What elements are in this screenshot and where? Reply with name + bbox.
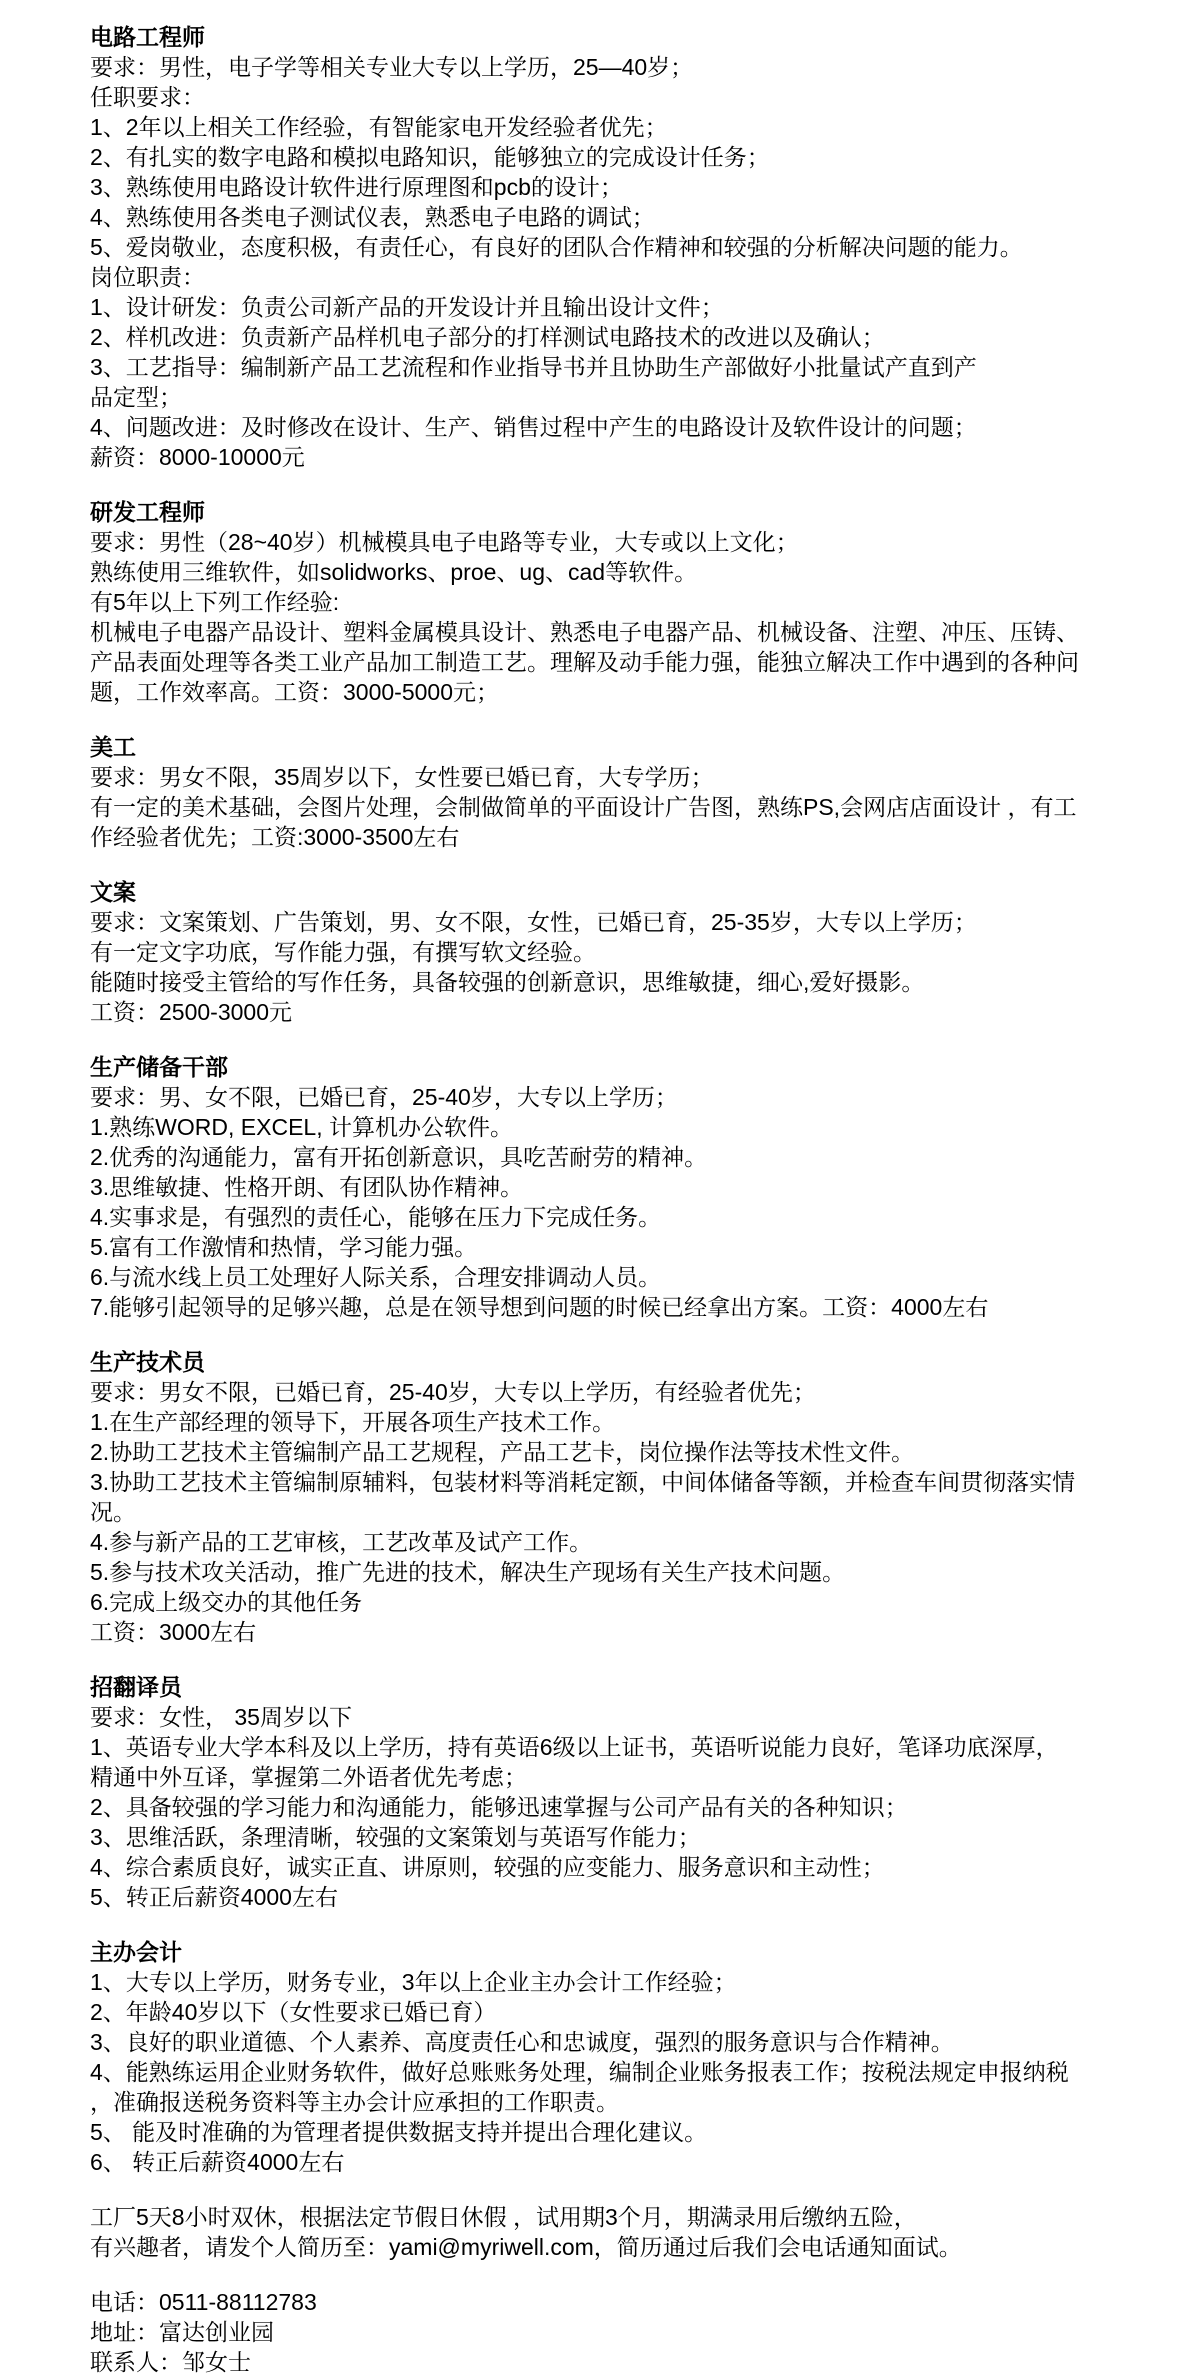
text-line: 工厂5天8小时双休，根据法定节假日休假 ，试用期3个月，期满录用后缴纳五险， bbox=[90, 2202, 1170, 2232]
job-listing-document: 电路工程师要求：男性，电子学等相关专业大专以上学历，25—40岁；任职要求：1、… bbox=[0, 0, 1200, 2377]
text-line: 4.参与新产品的工艺审核，工艺改革及试产工作。 bbox=[90, 1527, 1170, 1557]
text-line: 1、设计研发：负责公司新产品的开发设计并且输出设计文件； bbox=[90, 292, 1170, 322]
job-title-production-technician: 生产技术员 bbox=[90, 1347, 1170, 1377]
text-line: 熟练使用三维软件，如solidworks、proe、ug、cad等软件。 bbox=[90, 557, 1170, 587]
text-line: 3、良好的职业道德、个人素养、高度责任心和忠诚度，强烈的服务意识与合作精神。 bbox=[90, 2027, 1170, 2057]
text-line: 品定型； bbox=[90, 382, 1170, 412]
text-line: 要求：文案策划、广告策划，男、女不限，女性，已婚已育，25-35岁，大专以上学历… bbox=[90, 907, 1170, 937]
text-line: 2、样机改进：负责新产品样机电子部分的打样测试电路技术的改进以及确认； bbox=[90, 322, 1170, 352]
section-translator: 招翻译员要求：女性， 35周岁以下1、英语专业大学本科及以上学历，持有英语6级以… bbox=[90, 1672, 1170, 1912]
text-line: 3.协助工艺技术主管编制原辅料，包装材料等消耗定额，中间体储备等额，并检查车间贯… bbox=[90, 1467, 1170, 1497]
text-line: 要求：男性，电子学等相关专业大专以上学历，25—40岁； bbox=[90, 52, 1170, 82]
text-line: 3、思维活跃，条理清晰，较强的文案策划与英语写作能力； bbox=[90, 1822, 1170, 1852]
text-line: 2、具备较强的学习能力和沟通能力，能够迅速掌握与公司产品有关的各种知识； bbox=[90, 1792, 1170, 1822]
text-line: 能随时接受主管给的写作任务，具备较强的创新意识，思维敏捷，细心,爱好摄影。 bbox=[90, 967, 1170, 997]
text-line: 3.思维敏捷、性格开朗、有团队协作精神。 bbox=[90, 1172, 1170, 1202]
text-line: 作经验者优先；工资:3000-3500左右 bbox=[90, 822, 1170, 852]
text-line: 3、工艺指导：编制新产品工艺流程和作业指导书并且协助生产部做好小批量试产直到产 bbox=[90, 352, 1170, 382]
text-line: 工资：2500-3000元 bbox=[90, 997, 1170, 1027]
text-line: 1、大专以上学历，财务专业，3年以上企业主办会计工作经验； bbox=[90, 1967, 1170, 1997]
text-line: 4、能熟练运用企业财务软件，做好总账账务处理，编制企业账务报表工作；按税法规定申… bbox=[90, 2057, 1170, 2087]
text-line: 1.熟练WORD, EXCEL, 计算机办公软件。 bbox=[90, 1112, 1170, 1142]
section-circuit-engineer: 电路工程师要求：男性，电子学等相关专业大专以上学历，25—40岁；任职要求：1、… bbox=[90, 22, 1170, 472]
text-line: 5、 能及时准确的为管理者提供数据支持并提出合理化建议。 bbox=[90, 2117, 1170, 2147]
text-line: 精通中外互译，掌握第二外语者优先考虑； bbox=[90, 1762, 1170, 1792]
text-line: 有一定文字功底，写作能力强，有撰写软文经验。 bbox=[90, 937, 1170, 967]
text-line: 4.实事求是，有强烈的责任心，能够在压力下完成任务。 bbox=[90, 1202, 1170, 1232]
section-contact-info: 电话：0511-88112783地址：富达创业园联系人：邹女士 bbox=[90, 2287, 1170, 2377]
text-line: 7.能够引起领导的足够兴趣，总是在领导想到问题的时候已经拿出方案。工资：4000… bbox=[90, 1292, 1170, 1322]
job-title-copywriter: 文案 bbox=[90, 877, 1170, 907]
text-line: 工资：3000左右 bbox=[90, 1617, 1170, 1647]
text-line: 岗位职责： bbox=[90, 262, 1170, 292]
text-line: 2.优秀的沟通能力，富有开拓创新意识，具吃苦耐劳的精神。 bbox=[90, 1142, 1170, 1172]
text-line: ，准确报送税务资料等主办会计应承担的工作职责。 bbox=[90, 2087, 1170, 2117]
text-line: 薪资：8000-10000元 bbox=[90, 442, 1170, 472]
text-line: 题，工作效率高。工资：3000-5000元； bbox=[90, 677, 1170, 707]
text-line: 要求：男、女不限，已婚已育，25-40岁，大专以上学历； bbox=[90, 1082, 1170, 1112]
text-line: 1、2年以上相关工作经验，有智能家电开发经验者优先； bbox=[90, 112, 1170, 142]
text-line: 有5年以上下列工作经验: bbox=[90, 587, 1170, 617]
text-line: 要求：女性， 35周岁以下 bbox=[90, 1702, 1170, 1732]
text-line: 要求：男性（28~40岁）机械模具电子电路等专业，大专或以上文化； bbox=[90, 527, 1170, 557]
job-title-chief-accountant: 主办会计 bbox=[90, 1937, 1170, 1967]
text-line: 5.富有工作激情和热情，学习能力强。 bbox=[90, 1232, 1170, 1262]
text-line: 要求：男女不限，已婚已育，25-40岁，大专以上学历，有经验者优先； bbox=[90, 1377, 1170, 1407]
text-line: 要求：男女不限，35周岁以下，女性要已婚已育，大专学历； bbox=[90, 762, 1170, 792]
text-line: 2.协助工艺技术主管编制产品工艺规程，产品工艺卡，岗位操作法等技术性文件。 bbox=[90, 1437, 1170, 1467]
text-line: 4、综合素质良好，诚实正直、讲原则，较强的应变能力、服务意识和主动性； bbox=[90, 1852, 1170, 1882]
text-line: 2、有扎实的数字电路和模拟电路知识，能够独立的完成设计任务； bbox=[90, 142, 1170, 172]
job-title-graphic-designer: 美工 bbox=[90, 732, 1170, 762]
text-line: 2、年龄40岁以下（女性要求已婚已育） bbox=[90, 1997, 1170, 2027]
section-production-technician: 生产技术员要求：男女不限，已婚已育，25-40岁，大专以上学历，有经验者优先；1… bbox=[90, 1347, 1170, 1647]
section-graphic-designer: 美工要求：男女不限，35周岁以下，女性要已婚已育，大专学历；有一定的美术基础，会… bbox=[90, 732, 1170, 852]
text-line: 3、熟练使用电路设计软件进行原理图和pcb的设计； bbox=[90, 172, 1170, 202]
text-line: 6.完成上级交办的其他任务 bbox=[90, 1587, 1170, 1617]
text-line: 5、转正后薪资4000左右 bbox=[90, 1882, 1170, 1912]
text-line: 5.参与技术攻关活动，推广先进的技术，解决生产现场有关生产技术问题。 bbox=[90, 1557, 1170, 1587]
section-production-reserve-cadre: 生产储备干部要求：男、女不限，已婚已育，25-40岁，大专以上学历；1.熟练WO… bbox=[90, 1052, 1170, 1322]
text-line: 6、 转正后薪资4000左右 bbox=[90, 2147, 1170, 2177]
section-chief-accountant: 主办会计1、大专以上学历，财务专业，3年以上企业主办会计工作经验；2、年龄40岁… bbox=[90, 1937, 1170, 2177]
text-line: 1、英语专业大学本科及以上学历，持有英语6级以上证书，英语听说能力良好，笔译功底… bbox=[90, 1732, 1170, 1762]
section-rd-engineer: 研发工程师要求：男性（28~40岁）机械模具电子电路等专业，大专或以上文化；熟练… bbox=[90, 497, 1170, 707]
job-title-rd-engineer: 研发工程师 bbox=[90, 497, 1170, 527]
text-line: 有一定的美术基础，会图片处理，会制做简单的平面设计广告图，熟练PS,会网店店面设… bbox=[90, 792, 1170, 822]
text-line: 1.在生产部经理的领导下，开展各项生产技术工作。 bbox=[90, 1407, 1170, 1437]
job-title-production-reserve-cadre: 生产储备干部 bbox=[90, 1052, 1170, 1082]
text-line: 4、问题改进：及时修改在设计、生产、销售过程中产生的电路设计及软件设计的问题； bbox=[90, 412, 1170, 442]
text-line: 地址：富达创业园 bbox=[90, 2317, 1170, 2347]
text-line: 任职要求： bbox=[90, 82, 1170, 112]
job-title-circuit-engineer: 电路工程师 bbox=[90, 22, 1170, 52]
text-line: 5、爱岗敬业，态度积极，有责任心，有良好的团队合作精神和较强的分析解决问题的能力… bbox=[90, 232, 1170, 262]
job-title-translator: 招翻译员 bbox=[90, 1672, 1170, 1702]
section-copywriter: 文案要求：文案策划、广告策划，男、女不限，女性，已婚已育，25-35岁，大专以上… bbox=[90, 877, 1170, 1027]
text-line: 机械电子电器产品设计、塑料金属模具设计、熟悉电子电器产品、机械设备、注塑、冲压、… bbox=[90, 617, 1170, 647]
section-general-terms: 工厂5天8小时双休，根据法定节假日休假 ，试用期3个月，期满录用后缴纳五险，有兴… bbox=[90, 2202, 1170, 2262]
text-line: 6.与流水线上员工处理好人际关系，合理安排调动人员。 bbox=[90, 1262, 1170, 1292]
text-line: 有兴趣者，请发个人简历至：yami@myriwell.com，简历通过后我们会电… bbox=[90, 2232, 1170, 2262]
text-line: 4、熟练使用各类电子测试仪表，熟悉电子电路的调试； bbox=[90, 202, 1170, 232]
text-line: 产品表面处理等各类工业产品加工制造工艺。理解及动手能力强，能独立解决工作中遇到的… bbox=[90, 647, 1170, 677]
text-line: 电话：0511-88112783 bbox=[90, 2287, 1170, 2317]
text-line: 况。 bbox=[90, 1497, 1170, 1527]
text-line: 联系人：邹女士 bbox=[90, 2347, 1170, 2377]
